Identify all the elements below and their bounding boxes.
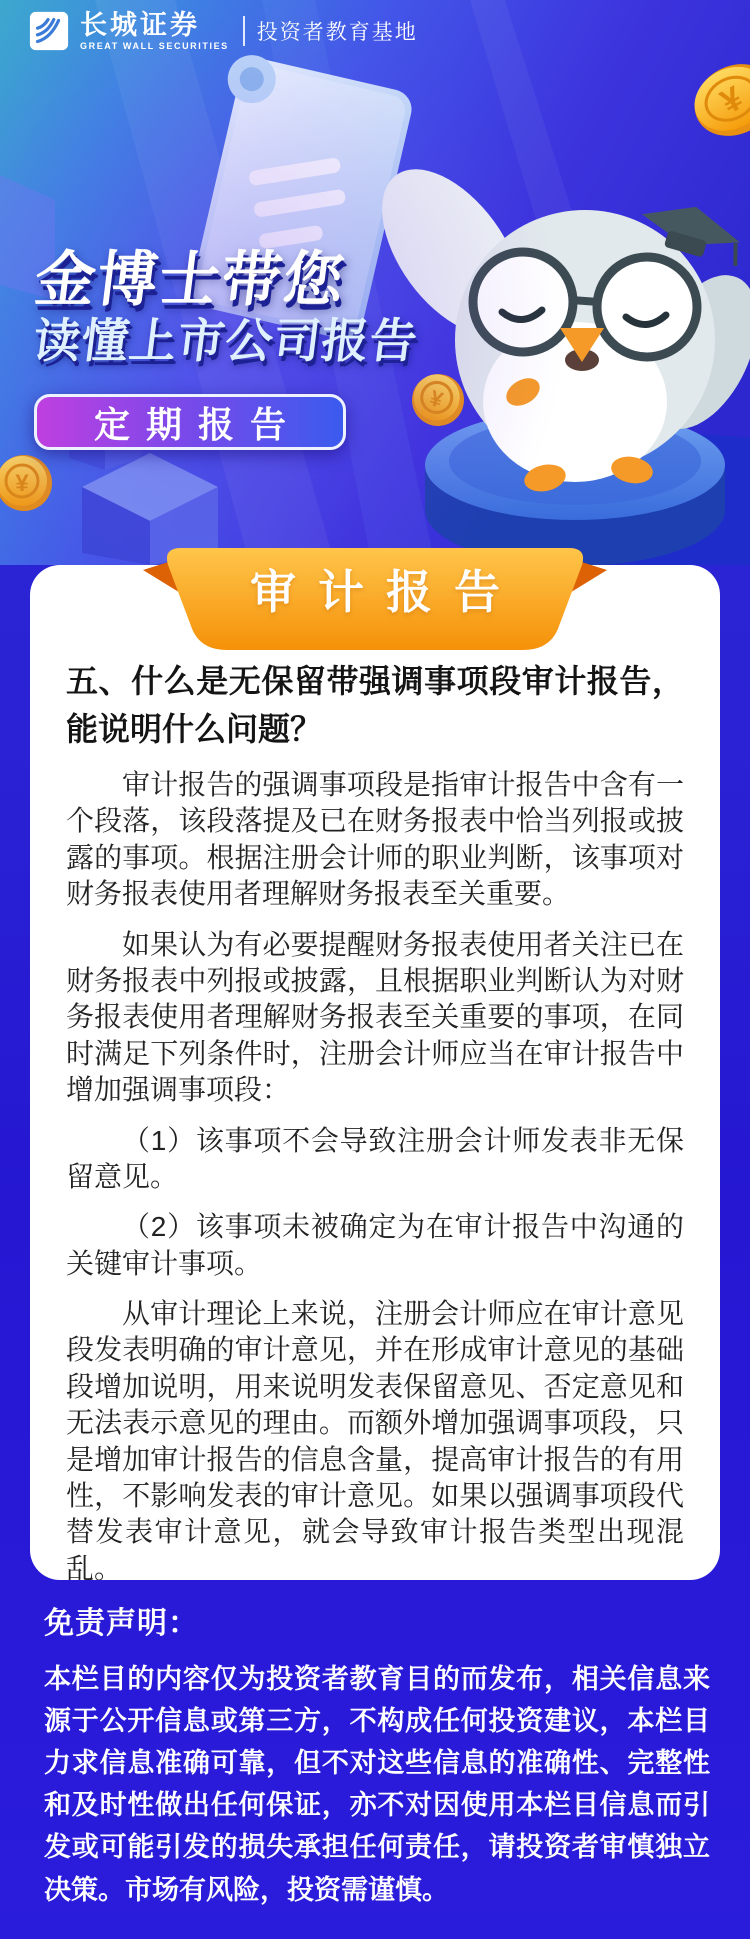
- brand-name-en: GREAT WALL SECURITIES: [80, 42, 229, 51]
- brand-logo-icon: [28, 10, 70, 52]
- brand-program-label: 投资者教育基地: [257, 16, 418, 46]
- brand-bar: 长城证券 GREAT WALL SECURITIES 投资者教育基地: [28, 10, 418, 52]
- series-badge-label: 定期报告: [78, 397, 302, 448]
- coin-icon-top-right: ¥: [682, 50, 750, 149]
- hero-section: ¥ ¥ ¥ 长城证券: [0, 0, 750, 565]
- article-paragraph: 审计报告的强调事项段是指审计报告中含有一个段落，该段落提及已在财务报表中恰当列报…: [66, 767, 684, 913]
- article-card: 五、什么是无保留带强调事项段审计报告，能说明什么问题？ 审计报告的强调事项段是指…: [30, 565, 720, 1580]
- disclaimer-section: 免责声明： 本栏目的内容仅为投资者教育目的而发布，相关信息来源于公开信息或第三方…: [44, 1598, 710, 1911]
- article-heading: 五、什么是无保留带强调事项段审计报告，能说明什么问题？: [66, 657, 684, 753]
- section-title: 审计报告: [85, 556, 665, 622]
- disclaimer-title: 免责声明：: [44, 1598, 710, 1642]
- coin-icon-left: ¥: [0, 455, 52, 511]
- svg-text:¥: ¥: [15, 470, 29, 497]
- investor-education-poster: ¥ ¥ ¥ 长城证券: [0, 0, 750, 1939]
- brand-divider: [243, 16, 245, 46]
- disclaimer-body: 本栏目的内容仅为投资者教育目的而发布，相关信息来源于公开信息或第三方，不构成任何…: [44, 1658, 710, 1911]
- article-paragraph: （2）该事项未被确定为在审计报告中沟通的关键审计事项。: [66, 1209, 684, 1282]
- hero-title-line2: 读懂上市公司报告: [30, 304, 422, 371]
- article-paragraph: 从审计理论上来说，注册会计师应在审计意见段发表明确的审计意见，并在形成审计意见的…: [66, 1296, 684, 1580]
- article-paragraph: （1）该事项不会导致注册会计师发表非无保留意见。: [66, 1123, 684, 1196]
- brand-text: 长城证券 GREAT WALL SECURITIES: [80, 12, 229, 51]
- series-badge: 定期报告: [34, 394, 346, 450]
- brand-name-cn: 长城证券: [80, 12, 229, 39]
- article-paragraph: 如果认为有必要提醒财务报表使用者关注已在财务报表中列报或披露，且根据职业判断认为…: [66, 927, 684, 1109]
